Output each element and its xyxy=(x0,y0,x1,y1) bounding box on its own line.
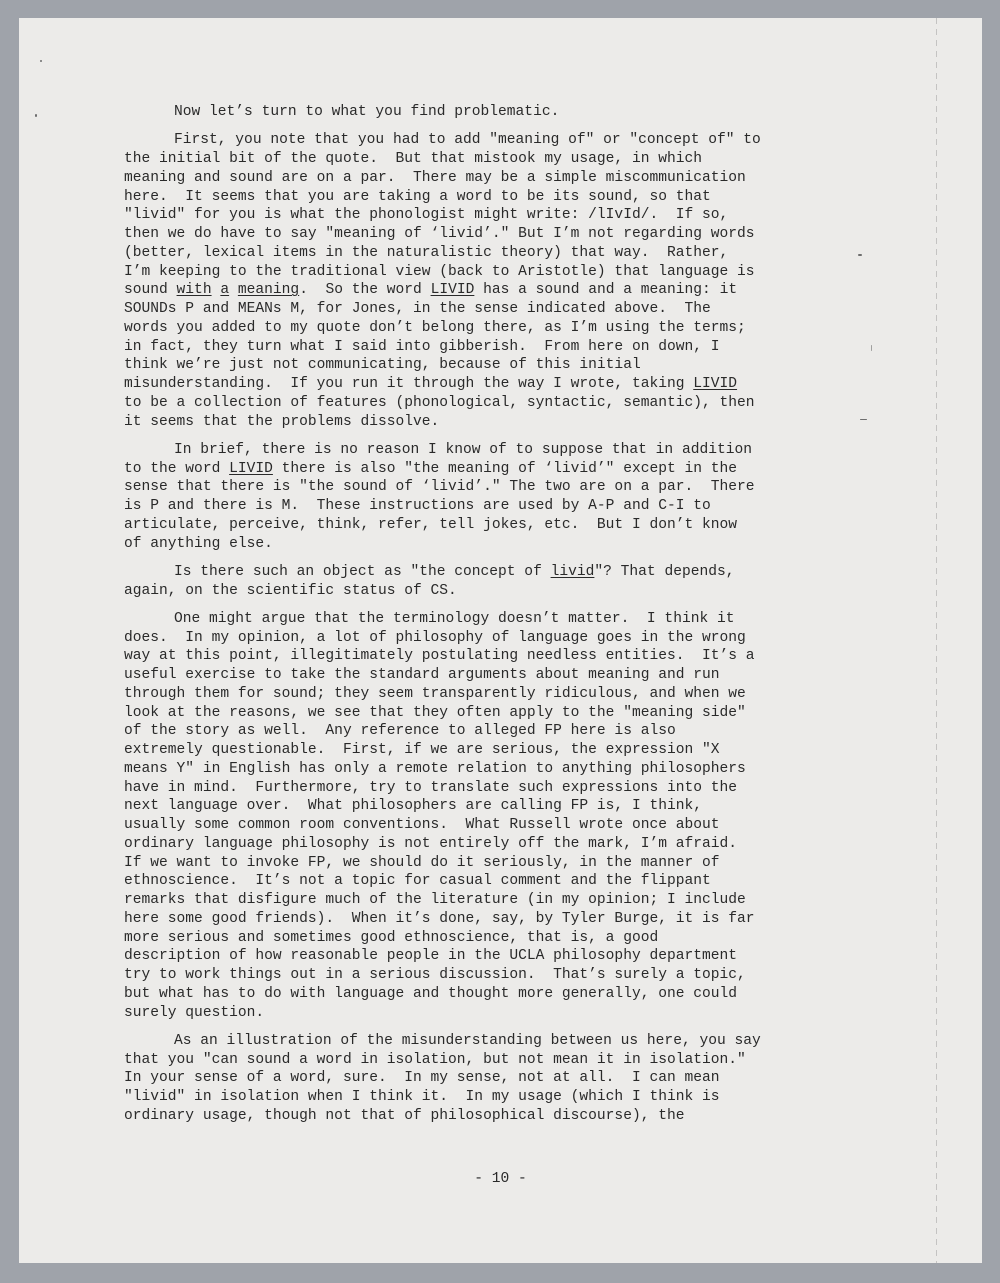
text-run: of the story as well. Any reference to a… xyxy=(124,723,676,739)
text-line: of the story as well. Any reference to a… xyxy=(124,722,844,741)
scan-speck xyxy=(858,254,862,256)
text-run: way at this point, illegitimately postul… xyxy=(124,648,755,664)
text-line: sound with a meaning. So the word LIVID … xyxy=(124,281,844,300)
text-run: First, you note that you had to add "mea… xyxy=(174,132,761,148)
text-line: Now let’s turn to what you find problema… xyxy=(124,103,844,122)
text-line: One might argue that the terminology doe… xyxy=(124,610,844,629)
text-line: words you added to my quote don’t belong… xyxy=(124,319,844,338)
text-run: through them for sound; they seem transp… xyxy=(124,686,746,702)
text-line: way at this point, illegitimately postul… xyxy=(124,647,844,666)
scan-speck xyxy=(871,345,872,351)
paragraph: Is there such an object as "the concept … xyxy=(124,563,844,601)
text-line: then we do have to say "meaning of ‘livi… xyxy=(124,225,844,244)
text-run: useful exercise to take the standard arg… xyxy=(124,667,720,683)
text-run: As an illustration of the misunderstandi… xyxy=(174,1033,761,1049)
underlined-term: meaning xyxy=(238,282,299,298)
text-run: to the word xyxy=(124,461,229,477)
text-run: try to work things out in a serious disc… xyxy=(124,967,746,983)
page-fold-line xyxy=(936,18,937,1263)
text-run: (better, lexical items in the naturalist… xyxy=(124,245,728,261)
text-run: meaning and sound are on a par. There ma… xyxy=(124,170,746,186)
paragraph: In brief, there is no reason I know of t… xyxy=(124,441,844,554)
text-line: First, you note that you had to add "mea… xyxy=(124,131,844,150)
text-run: description of how reasonable people in … xyxy=(124,948,737,964)
text-run: articulate, perceive, think, refer, tell… xyxy=(124,517,737,533)
text-run: remarks that disfigure much of the liter… xyxy=(124,892,746,908)
text-line: means Y" in English has only a remote re… xyxy=(124,760,844,779)
text-line: have in mind. Furthermore, try to transl… xyxy=(124,779,844,798)
text-line: usually some common room conventions. Wh… xyxy=(124,816,844,835)
text-line: again, on the scientific status of CS. xyxy=(124,582,844,601)
text-line: to the word LIVID there is also "the mea… xyxy=(124,460,844,479)
text-run: look at the reasons, we see that they of… xyxy=(124,705,746,721)
text-line: (better, lexical items in the naturalist… xyxy=(124,244,844,263)
text-run: sense that there is "the sound of ‘livid… xyxy=(124,479,755,495)
text-line: here some good friends). When it’s done,… xyxy=(124,910,844,929)
text-run: then we do have to say "meaning of ‘livi… xyxy=(124,226,755,242)
text-line: more serious and sometimes good ethnosci… xyxy=(124,929,844,948)
text-run: In brief, there is no reason I know of t… xyxy=(174,442,752,458)
text-run: If we want to invoke FP, we should do it… xyxy=(124,855,720,871)
text-line: in fact, they turn what I said into gibb… xyxy=(124,338,844,357)
text-line: of anything else. xyxy=(124,535,844,554)
document-page: Now let’s turn to what you find problema… xyxy=(19,18,982,1263)
text-run: means Y" in English has only a remote re… xyxy=(124,761,746,777)
text-run: to be a collection of features (phonolog… xyxy=(124,395,755,411)
text-run: again, on the scientific status of CS. xyxy=(124,583,457,599)
text-run: . So the word xyxy=(299,282,430,298)
text-line: remarks that disfigure much of the liter… xyxy=(124,891,844,910)
text-run: of anything else. xyxy=(124,536,273,552)
text-line: In your sense of a word, sure. In my sen… xyxy=(124,1069,844,1088)
text-line: extremely questionable. First, if we are… xyxy=(124,741,844,760)
text-run: SOUNDs P and MEANs M, for Jones, in the … xyxy=(124,301,711,317)
document-body: Now let’s turn to what you find problema… xyxy=(124,103,844,1135)
scan-speck xyxy=(860,419,867,420)
text-line: ordinary usage, though not that of philo… xyxy=(124,1107,844,1126)
text-line: try to work things out in a serious disc… xyxy=(124,966,844,985)
text-run: think we’re just not communicating, beca… xyxy=(124,357,641,373)
text-run: there is also "the meaning of ‘livid’" e… xyxy=(273,461,737,477)
text-line: SOUNDs P and MEANs M, for Jones, in the … xyxy=(124,300,844,319)
text-run: "livid" for you is what the phonologist … xyxy=(124,207,728,223)
text-run: usually some common room conventions. Wh… xyxy=(124,817,720,833)
text-run: in fact, they turn what I said into gibb… xyxy=(124,339,720,355)
text-run: that you "can sound a word in isolation,… xyxy=(124,1052,746,1068)
text-line: As an illustration of the misunderstandi… xyxy=(124,1032,844,1051)
text-line: description of how reasonable people in … xyxy=(124,947,844,966)
text-line: surely question. xyxy=(124,1004,844,1023)
text-run: more serious and sometimes good ethnosci… xyxy=(124,930,658,946)
text-run: extremely questionable. First, if we are… xyxy=(124,742,720,758)
text-line: to be a collection of features (phonolog… xyxy=(124,394,844,413)
text-run: is P and there is M. These instructions … xyxy=(124,498,711,514)
text-line: ethnoscience. It’s not a topic for casua… xyxy=(124,872,844,891)
text-line: useful exercise to take the standard arg… xyxy=(124,666,844,685)
text-line: the initial bit of the quote. But that m… xyxy=(124,150,844,169)
text-run: here some good friends). When it’s done,… xyxy=(124,911,755,927)
underlined-term: LIVID xyxy=(693,376,737,392)
text-line: articulate, perceive, think, refer, tell… xyxy=(124,516,844,535)
underlined-term: LIVID xyxy=(431,282,475,298)
text-run: have in mind. Furthermore, try to transl… xyxy=(124,780,737,796)
scan-speck xyxy=(35,114,37,117)
text-line: but what has to do with language and tho… xyxy=(124,985,844,1004)
underlined-term: livid xyxy=(551,564,595,580)
text-line: think we’re just not communicating, beca… xyxy=(124,356,844,375)
text-run: surely question. xyxy=(124,1005,264,1021)
text-run: does. In my opinion, a lot of philosophy… xyxy=(124,630,746,646)
text-line: ordinary language philosophy is not enti… xyxy=(124,835,844,854)
text-line: is P and there is M. These instructions … xyxy=(124,497,844,516)
text-line: does. In my opinion, a lot of philosophy… xyxy=(124,629,844,648)
text-run: One might argue that the terminology doe… xyxy=(174,611,735,627)
text-run: but what has to do with language and tho… xyxy=(124,986,737,1002)
text-run: "? That depends, xyxy=(594,564,734,580)
text-line: next language over. What philosophers ar… xyxy=(124,797,844,816)
text-run: it seems that the problems dissolve. xyxy=(124,414,439,430)
text-line: here. It seems that you are taking a wor… xyxy=(124,188,844,207)
text-run: In your sense of a word, sure. In my sen… xyxy=(124,1070,720,1086)
text-line: look at the reasons, we see that they of… xyxy=(124,704,844,723)
text-line: sense that there is "the sound of ‘livid… xyxy=(124,478,844,497)
text-run: I’m keeping to the traditional view (bac… xyxy=(124,264,755,280)
text-run: here. It seems that you are taking a wor… xyxy=(124,189,711,205)
scan-speck xyxy=(40,60,42,62)
text-line: "livid" for you is what the phonologist … xyxy=(124,206,844,225)
text-run: has a sound and a meaning: it xyxy=(474,282,737,298)
text-line: In brief, there is no reason I know of t… xyxy=(124,441,844,460)
text-line: I’m keeping to the traditional view (bac… xyxy=(124,263,844,282)
underlined-term: with xyxy=(177,282,212,298)
text-run: ethnoscience. It’s not a topic for casua… xyxy=(124,873,711,889)
text-run: "livid" in isolation when I think it. In… xyxy=(124,1089,720,1105)
text-line: "livid" in isolation when I think it. In… xyxy=(124,1088,844,1107)
text-line: meaning and sound are on a par. There ma… xyxy=(124,169,844,188)
text-run: Is there such an object as "the concept … xyxy=(174,564,551,580)
paragraph: One might argue that the terminology doe… xyxy=(124,610,844,1023)
text-run: ordinary usage, though not that of philo… xyxy=(124,1108,685,1124)
paragraph: First, you note that you had to add "mea… xyxy=(124,131,844,431)
underlined-term: LIVID xyxy=(229,461,273,477)
text-line: that you "can sound a word in isolation,… xyxy=(124,1051,844,1070)
text-run: misunderstanding. If you run it through … xyxy=(124,376,693,392)
text-run: ordinary language philosophy is not enti… xyxy=(124,836,737,852)
text-run: words you added to my quote don’t belong… xyxy=(124,320,746,336)
text-run xyxy=(229,282,238,298)
text-run: next language over. What philosophers ar… xyxy=(124,798,702,814)
text-run: the initial bit of the quote. But that m… xyxy=(124,151,702,167)
text-line: through them for sound; they seem transp… xyxy=(124,685,844,704)
text-line: If we want to invoke FP, we should do it… xyxy=(124,854,844,873)
underlined-term: a xyxy=(220,282,229,298)
text-line: Is there such an object as "the concept … xyxy=(124,563,844,582)
paragraph: As an illustration of the misunderstandi… xyxy=(124,1032,844,1126)
page-number: - 10 - xyxy=(19,1171,982,1187)
paragraph: Now let’s turn to what you find problema… xyxy=(124,103,844,122)
text-line: misunderstanding. If you run it through … xyxy=(124,375,844,394)
text-run: sound xyxy=(124,282,177,298)
text-line: it seems that the problems dissolve. xyxy=(124,413,844,432)
text-run: Now let’s turn to what you find problema… xyxy=(174,104,559,120)
